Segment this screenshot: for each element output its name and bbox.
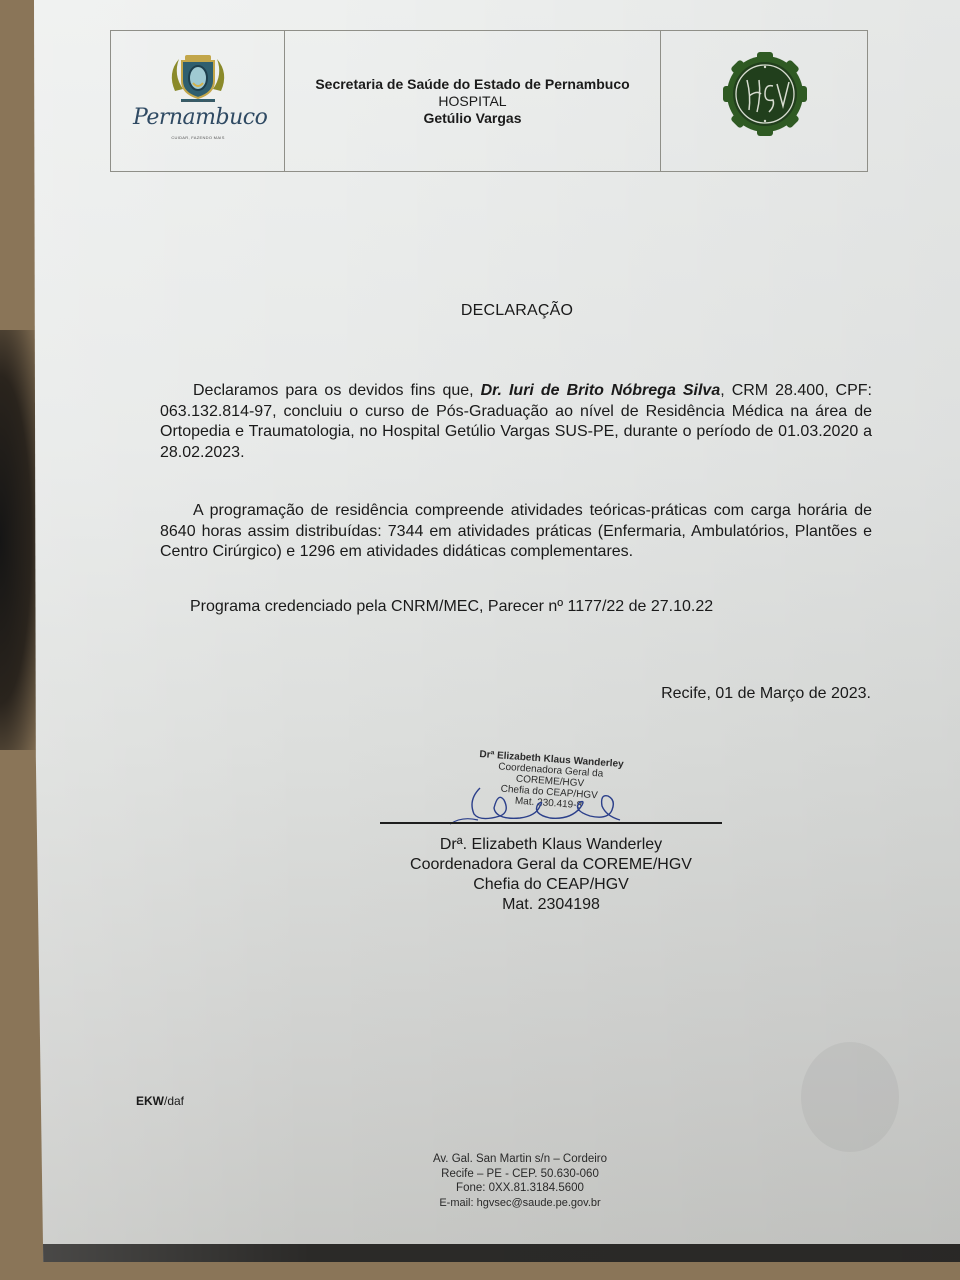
letterhead-left-cell: GOVERNO DO ESTADO Pernambuco CUIDAR, FAZ… xyxy=(111,31,285,171)
program-hours-paragraph: A programação de residência compreende a… xyxy=(160,501,872,563)
declaration-prefix: Declaramos para os devidos fins que, xyxy=(193,382,481,399)
signer-name: Drª. Elizabeth Klaus Wanderley xyxy=(380,835,722,855)
signer-role: Coordenadora Geral da COREME/HGV xyxy=(380,855,722,875)
signer-role: Chefia do CEAP/HGV xyxy=(380,875,722,895)
photo-background-shadow xyxy=(0,330,40,750)
accreditation-paragraph: Programa credenciado pela CNRM/MEC, Pare… xyxy=(190,597,902,618)
document-page xyxy=(34,0,960,1262)
photo-bottom-edge xyxy=(34,1244,960,1262)
handwritten-signature-icon xyxy=(440,770,650,830)
hgv-monogram-icon xyxy=(721,50,809,138)
letterhead-title-cell: Secretaria de Saúde do Estado de Pernamb… xyxy=(285,31,661,171)
signature-line xyxy=(380,822,722,824)
paper-stain xyxy=(801,1042,899,1152)
document-title: DECLARAÇÃO xyxy=(0,302,960,320)
declaration-paragraph: Declaramos para os devidos fins que, Dr.… xyxy=(160,381,872,463)
letterhead-right-cell xyxy=(661,31,867,171)
hospital-name: Getúlio Vargas xyxy=(423,110,521,127)
reference-initials: EKW/daf xyxy=(136,1094,184,1108)
footer-phone: Fone: 0XX.81.3184.5600 xyxy=(380,1181,660,1196)
hospital-label: HOSPITAL xyxy=(438,93,506,110)
footer-email: E-mail: hgvsec@saude.pe.gov.br xyxy=(380,1196,660,1211)
signer-registration: Mat. 2304198 xyxy=(380,895,722,915)
state-logo-wordmark: Pernambuco xyxy=(133,105,263,130)
footer-address: Av. Gal. San Martin s/n – Cordeiro xyxy=(380,1152,660,1167)
secretariat-name: Secretaria de Saúde do Estado de Pernamb… xyxy=(315,76,629,93)
place-date: Recife, 01 de Março de 2023. xyxy=(661,685,871,703)
pernambuco-coat-of-arms-icon: GOVERNO DO ESTADO Pernambuco CUIDAR, FAZ… xyxy=(133,51,263,151)
state-logo-tagline: CUIDAR, FAZENDO MAIS xyxy=(133,135,263,140)
footer-city: Recife – PE - CEP. 50.630-060 xyxy=(380,1167,660,1182)
signer-block: Drª. Elizabeth Klaus Wanderley Coordenad… xyxy=(380,835,722,915)
initials-bold: EKW xyxy=(136,1094,164,1108)
program-hours-text: A programação de residência compreende a… xyxy=(160,502,872,560)
letterhead: GOVERNO DO ESTADO Pernambuco CUIDAR, FAZ… xyxy=(110,30,868,172)
state-logo-caption-top: GOVERNO DO ESTADO xyxy=(133,99,263,103)
doctor-name: Dr. Iuri de Brito Nóbrega Silva xyxy=(481,382,721,399)
letterhead-footer: Av. Gal. San Martin s/n – Cordeiro Recif… xyxy=(380,1152,660,1210)
initials-rest: /daf xyxy=(164,1094,184,1108)
